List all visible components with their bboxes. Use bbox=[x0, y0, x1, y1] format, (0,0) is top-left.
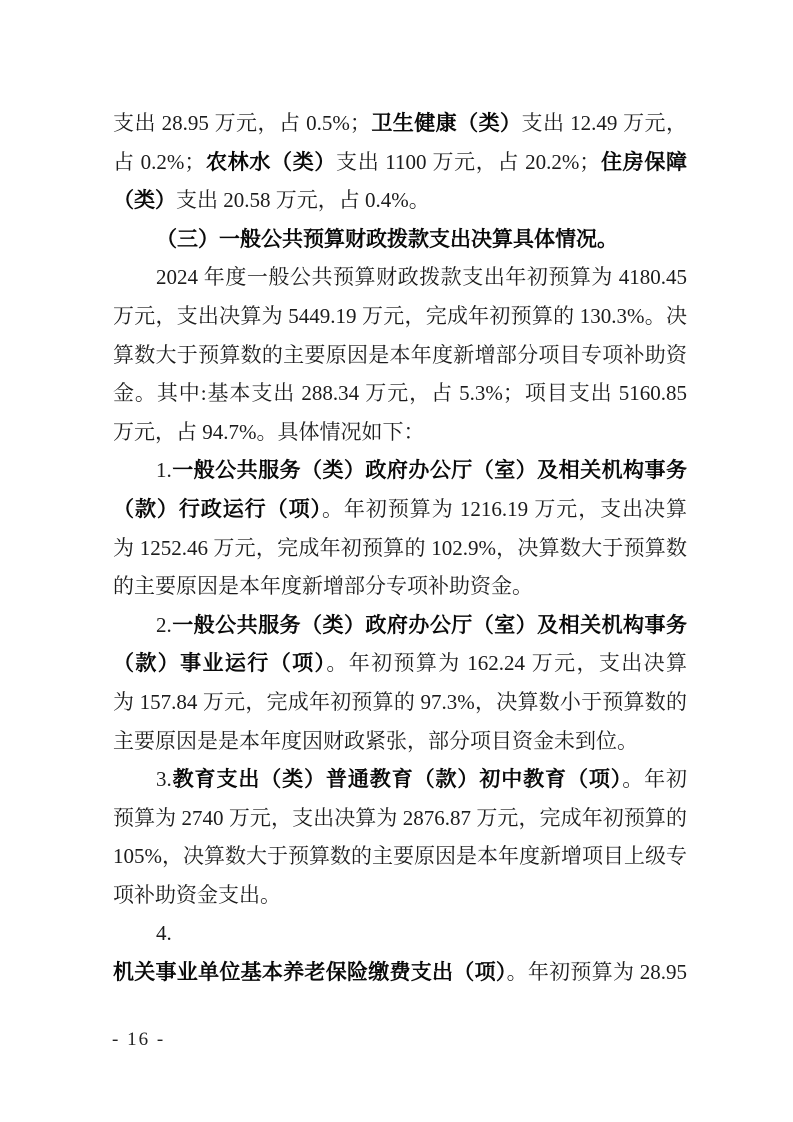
text-segment: 3. bbox=[156, 767, 172, 791]
text-segment: 占 0.2%； bbox=[113, 150, 205, 174]
text-segment: 105%，决算数大于预算数的主要原因是本年度新增项目上级专 bbox=[113, 844, 687, 868]
text-segment: 。年初预算为 28.95 bbox=[507, 960, 687, 984]
bold-text-segment: （款）事业运行（项） bbox=[113, 652, 326, 675]
text-segment: 支出 28.95 万元，占 0.5%； bbox=[113, 111, 371, 135]
text-line: 3.教育支出（类）普通教育（款）初中教育（项）。年初 bbox=[113, 760, 687, 799]
text-line: 4.社会保障和就业支出（类）行政事业单位养老支出（款） bbox=[113, 914, 687, 953]
text-line: 占 0.2%；农林水（类）支出 1100 万元，占 20.2%；住房保障 bbox=[113, 143, 687, 182]
text-segment: 2024 年度一般公共预算财政拨款支出年初预算为 4180.45 bbox=[156, 265, 687, 289]
bold-text-segment: （三）一般公共预算财政拨款支出决算具体情况。 bbox=[156, 228, 618, 251]
text-line: （类）支出 20.58 万元，占 0.4%。 bbox=[113, 181, 687, 220]
text-segment: 项补助资金支出。 bbox=[113, 883, 281, 907]
text-line: 为 157.84 万元，完成年初预算的 97.3%，决算数小于预算数的 bbox=[113, 683, 687, 722]
text-segment: 万元，占 94.7%。具体情况如下： bbox=[113, 420, 425, 444]
bold-text-segment: 农林水（类） bbox=[205, 151, 336, 174]
text-line: 算数大于预算数的主要原因是本年度新增部分项目专项补助资 bbox=[113, 336, 687, 375]
text-segment: 支出 12.49 万元， bbox=[522, 111, 687, 135]
text-segment: 为 1252.46 万元，完成年初预算的 102.9%，决算数大于预算数 bbox=[113, 536, 687, 560]
text-segment: 支出 1100 万元，占 20.2%； bbox=[336, 150, 600, 174]
text-segment: 4. bbox=[156, 921, 172, 945]
text-line: 万元，支出决算为 5449.19 万元，完成年初预算的 130.3%。决 bbox=[113, 297, 687, 336]
text-segment: 。年初预算为 162.24 万元，支出决算 bbox=[326, 651, 687, 675]
text-line: 1.一般公共服务（类）政府办公厅（室）及相关机构事务 bbox=[113, 451, 687, 490]
bold-text-segment: （类） bbox=[113, 189, 176, 212]
text-line: （款）行政运行（项）。年初预算为 1216.19 万元，支出决算 bbox=[113, 490, 687, 529]
bold-text-segment: （款）行政运行（项） bbox=[113, 498, 322, 521]
text-line: （三）一般公共预算财政拨款支出决算具体情况。 bbox=[113, 220, 687, 259]
text-segment: 。年初 bbox=[622, 767, 687, 791]
text-line: 105%，决算数大于预算数的主要原因是本年度新增项目上级专 bbox=[113, 837, 687, 876]
text-line: 支出 28.95 万元，占 0.5%；卫生健康（类）支出 12.49 万元， bbox=[113, 104, 687, 143]
text-line: 项补助资金支出。 bbox=[113, 876, 687, 915]
text-segment: 为 157.84 万元，完成年初预算的 97.3%，决算数小于预算数的 bbox=[113, 690, 687, 714]
document-page: 支出 28.95 万元，占 0.5%；卫生健康（类）支出 12.49 万元，占 … bbox=[0, 0, 793, 1122]
page-number-footer: - 16 - bbox=[112, 1028, 165, 1052]
text-line: 机关事业单位基本养老保险缴费支出（项）。年初预算为 28.95 bbox=[113, 953, 687, 992]
bold-text-segment: 一般公共服务（类）政府办公厅（室）及相关机构事务 bbox=[172, 459, 687, 482]
document-text-block: 支出 28.95 万元，占 0.5%；卫生健康（类）支出 12.49 万元，占 … bbox=[113, 104, 687, 992]
bold-text-segment: 一般公共服务（类）政府办公厅（室）及相关机构事务 bbox=[172, 614, 687, 637]
text-segment: 算数大于预算数的主要原因是本年度新增部分项目专项补助资 bbox=[113, 343, 687, 367]
text-segment: 的主要原因是本年度新增部分专项补助资金。 bbox=[113, 574, 533, 598]
bold-text-segment: 教育支出（类）普通教育（款）初中教育（项） bbox=[172, 768, 622, 791]
text-line: 2.一般公共服务（类）政府办公厅（室）及相关机构事务 bbox=[113, 606, 687, 645]
text-line: 的主要原因是本年度新增部分专项补助资金。 bbox=[113, 567, 687, 606]
text-segment: 万元，支出决算为 5449.19 万元，完成年初预算的 130.3%。决 bbox=[113, 304, 687, 328]
text-segment: 1. bbox=[156, 458, 172, 482]
text-segment: 支出 20.58 万元，占 0.4%。 bbox=[176, 188, 430, 212]
text-line: （款）事业运行（项）。年初预算为 162.24 万元，支出决算 bbox=[113, 644, 687, 683]
text-segment: 。年初预算为 1216.19 万元，支出决算 bbox=[322, 497, 687, 521]
bold-text-segment: 卫生健康（类） bbox=[371, 112, 522, 135]
bold-text-segment: 机关事业单位基本养老保险缴费支出（项） bbox=[113, 961, 507, 984]
bold-text-segment: 住房保障 bbox=[600, 151, 687, 174]
text-segment: 预算为 2740 万元，支出决算为 2876.87 万元，完成年初预算的 bbox=[113, 806, 687, 830]
text-line: 主要原因是是本年度因财政紧张，部分项目资金未到位。 bbox=[113, 722, 687, 761]
text-line: 金。其中:基本支出 288.34 万元，占 5.3%；项目支出 5160.85 bbox=[113, 374, 687, 413]
text-segment: 2. bbox=[156, 613, 172, 637]
text-line: 为 1252.46 万元，完成年初预算的 102.9%，决算数大于预算数 bbox=[113, 529, 687, 568]
text-line: 万元，占 94.7%。具体情况如下： bbox=[113, 413, 687, 452]
text-line: 预算为 2740 万元，支出决算为 2876.87 万元，完成年初预算的 bbox=[113, 799, 687, 838]
text-segment: 主要原因是是本年度因财政紧张，部分项目资金未到位。 bbox=[113, 729, 638, 753]
text-segment: 金。其中:基本支出 288.34 万元，占 5.3%；项目支出 5160.85 bbox=[113, 381, 687, 405]
text-line: 2024 年度一般公共预算财政拨款支出年初预算为 4180.45 bbox=[113, 258, 687, 297]
